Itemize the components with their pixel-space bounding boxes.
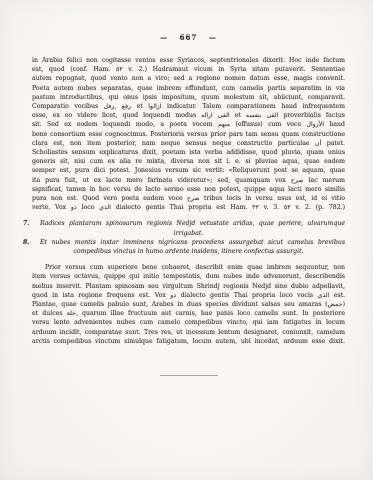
text-line: arctis compedibus vinctum simulque fatig…	[32, 337, 345, 346]
item-7: 7. Radices plantarum spinosarum regionis…	[23, 219, 345, 237]
item-8-text-centered: compedibus vinctus in humo ardente insid…	[23, 247, 345, 256]
text-line: melius inservit. Plantam spinosam seu vi…	[32, 282, 345, 291]
text-line: semper est, pura dici potest. Jonesius v…	[32, 166, 345, 175]
text-line: Plantae, quae camelis pabulo sunt, Arabe…	[32, 300, 345, 309]
text-line: Prior versus cum superiore bene cohaeret…	[32, 263, 345, 272]
text-line: autem repugnat, quod vento non a viro; s…	[32, 74, 345, 83]
text-line: significat, tamen in hoc versu de lacte …	[32, 185, 345, 194]
text-line: verte. Vox ذو loco الذي dialecto gentis …	[32, 203, 345, 212]
text-line: Scholiastes sensum explicaturus dixit, p…	[32, 148, 345, 157]
text-line: item versus octavus, quippe qui initio t…	[32, 272, 345, 281]
text-line: esse, ex eo videre licet, quod loquendi …	[32, 111, 345, 120]
item-8-first-line: 8. Et nubes montis instar imminens nigri…	[23, 238, 345, 247]
paragraph-2: Prior versus cum superiore bene cohaeret…	[32, 263, 345, 346]
text-line: pastum introductibus, qui onus ipsis imp…	[32, 93, 345, 102]
text-line: pura non est. Quod vero poeta eadem voce…	[32, 194, 345, 203]
item-7-text: Radices plantarum spinosarum regionis Ne…	[40, 219, 345, 228]
numbered-items: 7. Radices plantarum spinosarum regionis…	[23, 219, 345, 256]
item-7-number: 7.	[23, 219, 40, 228]
item-8-text: Et nubes montis instar imminens nigrican…	[40, 238, 345, 247]
text-line: quod in ista regione frequens est. Vox ذ…	[32, 291, 345, 300]
item-8: 8. Et nubes montis instar imminens nigri…	[23, 238, 345, 256]
text-line: Comparatio vocibus رفع ,رفل et ازالوا in…	[32, 102, 345, 111]
text-line: clara est, non item posterior, nam neque…	[32, 139, 345, 148]
text-line: est, quod (conf. Ham. ٥٣ v. 2.) Hadramau…	[32, 65, 345, 74]
page-number: — 667 —	[32, 33, 345, 42]
text-line: arduum incidit, comparatae sunt. Tres re…	[32, 328, 345, 337]
text-line: versu lente advenientes nubes cum camelo…	[32, 318, 345, 327]
text-line: ita pura fuit, ut ex lacte mero farinata…	[32, 176, 345, 185]
text-line: et dulces خلة, quarum illae fructuum aut…	[32, 309, 345, 318]
text-line: sit. Sed ex eodem loquendi modo, a poeta…	[32, 120, 345, 129]
text-line: bene consortium esse cognoscimus. Poster…	[32, 130, 345, 139]
page-content: — 667 — in Arabia felici non cogitasse v…	[0, 0, 373, 376]
scanned-book-page: — 667 — in Arabia felici non cogitasse v…	[0, 0, 373, 480]
item-8-number: 8.	[23, 238, 40, 247]
item-7-first-line: 7. Radices plantarum spinosarum regionis…	[23, 219, 345, 228]
item-7-text-centered: irrigabat.	[23, 229, 345, 238]
text-line: generis sit, nisi cum ex alia re mixta, …	[32, 157, 345, 166]
section-divider	[160, 375, 218, 376]
text-line: in Arabia felici non cogitasse ventos es…	[32, 56, 345, 65]
paragraph-1: in Arabia felici non cogitasse ventos es…	[32, 56, 345, 212]
text-line: Poeta autem nubes separatas, quae imbrem…	[32, 84, 345, 93]
